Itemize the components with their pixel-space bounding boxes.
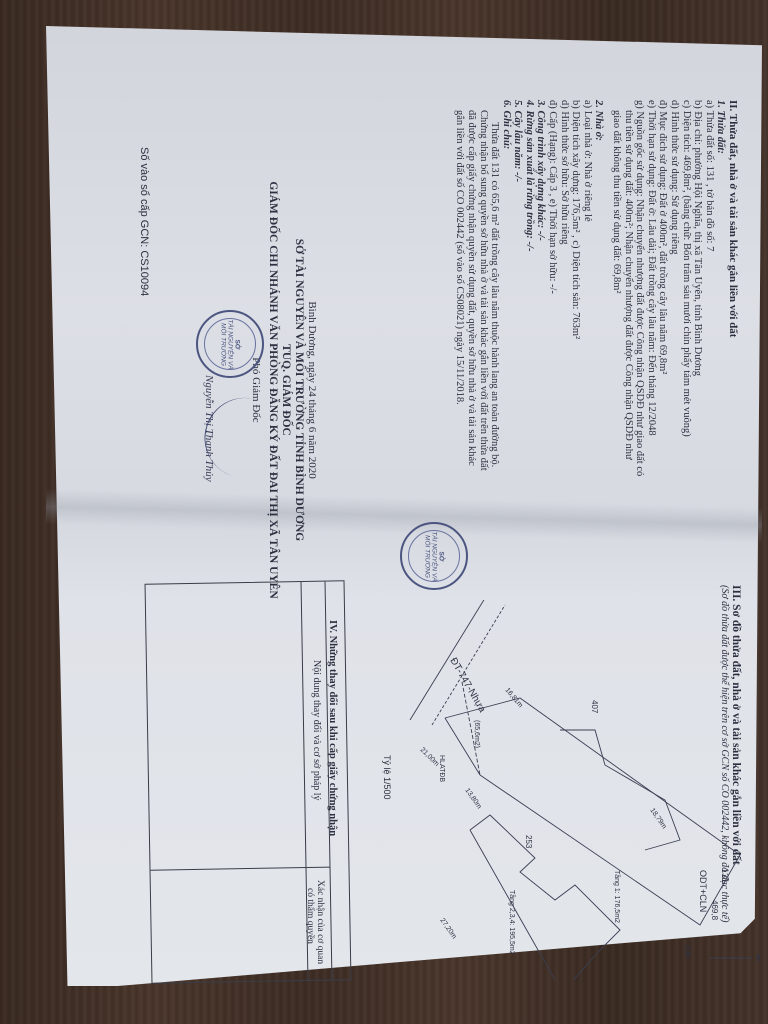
column-confirmation: có thẩm quyền bbox=[305, 888, 315, 944]
column-confirmation: Xác nhận của cơ quan bbox=[315, 880, 325, 964]
note-line: Chứng nhận bổ sung quyền sở hữu nhà ở và… bbox=[477, 100, 489, 476]
seal-text: MÔI TRƯỜNG bbox=[220, 323, 227, 366]
road-edge-dashed bbox=[432, 605, 505, 725]
usage-origin-1: g) Nguồn gốc sử dụng: Nhận chuyển nhượng… bbox=[634, 100, 646, 476]
seal-text: SỞ bbox=[234, 339, 241, 349]
area: c) Diện tích: 469,8m², (bằng chữ: Bốn tr… bbox=[680, 100, 692, 476]
seal-text: SỞ bbox=[438, 551, 445, 561]
usage-term: e) Thời hạn sử dụng: Đất ở: Lâu dài; Đất… bbox=[645, 100, 657, 476]
usage-origin-3: giao đất không thu tiền sử dụng đất: 69,… bbox=[610, 100, 622, 476]
north-mark: B bbox=[754, 954, 760, 961]
issuing-agency: SỞ TÀI NGUYÊN VÀ MÔI TRƯỜNG TỈNH BÌNH DƯ… bbox=[292, 180, 305, 600]
neighbor-parcel: 246 bbox=[683, 945, 692, 959]
section-iv-title: IV. Những thay đổi sau khi cấp giấy chứn… bbox=[327, 620, 338, 836]
perennial-trees: 5. Cây lâu năm: -/- bbox=[512, 100, 524, 476]
official-seal: SỞ TÀI NGUYÊN VÀ MÔI TRƯỜNG bbox=[400, 522, 468, 590]
house-ownership: d) Hình thức sở hữu: Sở hữu riêng bbox=[558, 100, 570, 476]
branch-director: GIÁM ĐỐC CHI NHÁNH VĂN PHÒNG ĐĂNG KÝ ĐẤT… bbox=[266, 180, 279, 600]
neighbor-parcel: 407 bbox=[590, 700, 599, 714]
dimension-label: 13,80m bbox=[463, 787, 482, 810]
notes-heading: 6. Ghi chú: bbox=[500, 100, 512, 476]
parcel-number-label: 131 bbox=[720, 868, 730, 883]
other-works: 3. Công trình xây dựng khác: -/- bbox=[535, 100, 547, 476]
seal-text: TÀI NGUYÊN VÀ bbox=[431, 531, 438, 581]
usage-purpose: đ) Mục đích sử dụng: Đất ở 400m², đất tr… bbox=[657, 100, 669, 476]
note-line: gắn liền với đất số CO 002442 (số vào sổ… bbox=[454, 100, 466, 476]
road-limit-label: HLATĐB bbox=[438, 755, 445, 782]
parcel-number: a) Thửa đất số: 131 , tờ bản đồ số: 7 bbox=[703, 100, 715, 476]
dimension-label: 27,20m bbox=[438, 917, 457, 940]
section-ii-title: II. Thửa đất, nhà ở và tài sản khác gắn … bbox=[726, 100, 738, 476]
usage-origin-2: thu tiền sử dụng đất: 400m²; Nhận chuyển… bbox=[622, 100, 634, 476]
column-change-content: Nội dung thay đổi và cơ sở pháp lý bbox=[311, 660, 322, 801]
parcel-land-code: ODT+CLN bbox=[698, 870, 708, 912]
building-floor1 bbox=[560, 730, 680, 850]
house-build-area: b) Diện tích xây dựng: 176,5m² , c) Diện… bbox=[570, 100, 582, 476]
table-divider bbox=[151, 867, 331, 871]
signer-role: Phó Giám Đốc bbox=[249, 180, 262, 600]
address: b) Địa chỉ: phường Hội Nghĩa, thị xã Tân… bbox=[692, 100, 704, 476]
house-type: a) Loại nhà ở: Nhà ở riêng lẻ bbox=[581, 100, 593, 476]
signature-block: Bình Dương, ngày 24 tháng 6 năm 2020 SỞ … bbox=[249, 180, 318, 600]
house-grade: đ) Cấp (Hạng): Cấp 3 , e) Thời hạn sở hữ… bbox=[547, 100, 559, 476]
road-label: ĐT-747-Nhựa bbox=[447, 656, 487, 715]
seal-text: TÀI NGUYÊN VÀ bbox=[227, 319, 234, 369]
house-heading: 2. Nhà ở: bbox=[593, 100, 605, 476]
land-heading: 1. Thửa đất: bbox=[715, 100, 727, 476]
registry-number: Số vào sổ cấp GCN: CS10094 bbox=[138, 147, 150, 296]
note-line: đã được cấp giấy chứng nhận quyền sử dụn… bbox=[465, 100, 477, 476]
dimension-label: 18,79m bbox=[648, 807, 667, 830]
floor1-label: Tầng 1: 176,5m2 bbox=[613, 870, 622, 923]
tuq-director: TUQ. GIÁM ĐỐC bbox=[279, 180, 292, 600]
building-floor234 bbox=[470, 815, 620, 980]
planted-forest: 4. Rừng sản xuất là rừng trồng: -/- bbox=[523, 100, 535, 476]
parcel-131-boundary bbox=[445, 698, 740, 925]
floor234-label: Tầng 2,3,4: 195,5m2 bbox=[508, 890, 517, 955]
neighbor-parcel: 253 bbox=[524, 835, 533, 849]
corridor-area-label: (65,6m2) bbox=[473, 720, 480, 748]
official-seal: SỞ TÀI NGUYÊN VÀ MÔI TRƯỜNG bbox=[196, 310, 264, 378]
issue-date: Bình Dương, ngày 24 tháng 6 năm 2020 bbox=[305, 180, 318, 600]
section-ii-land-house: II. Thửa đất, nhà ở và tài sản khác gắn … bbox=[454, 100, 738, 476]
parcel-diagram: ĐT-747-Nhựa HLATĐB (65,6m2) Tầng 1: 176,… bbox=[380, 600, 760, 980]
note-line: Thửa đất 131 có 65,6 m² đất trồng cây lâ… bbox=[489, 100, 501, 476]
dimension-label: 21,00m bbox=[419, 746, 441, 768]
seal-text: MÔI TRƯỜNG bbox=[424, 535, 431, 578]
usage-form: d) Hình thức sử dụng: Sử dụng riêng bbox=[668, 100, 680, 476]
dimension-label: 16,81m bbox=[503, 687, 523, 710]
parcel-area-label: 469,8 bbox=[710, 900, 719, 921]
